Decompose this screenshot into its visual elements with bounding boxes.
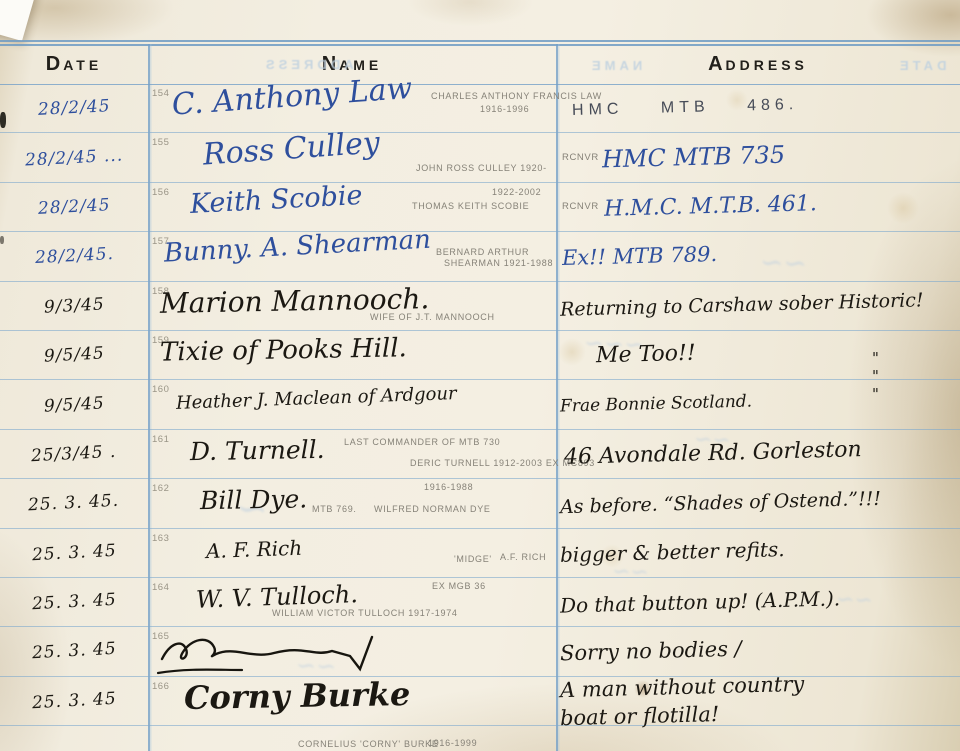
entry-date: 28/2/45 — [37, 195, 110, 219]
entry-name-cell: 162Bill Dye.1916-1988MTB 769.WILFRED NOR… — [148, 479, 556, 527]
entry-address-line: Returning to Carshaw sober Historic! — [560, 288, 924, 323]
entry-address-line: H.M.C. M.T.B. 461. — [604, 189, 818, 224]
entry-number: 161 — [152, 434, 169, 445]
entry-address-cell: As before. “Shades of Ostend.”!!! — [556, 479, 960, 527]
guestbook-row: 9/5/45159Tixie of Pooks Hill.Me Too!!" "… — [0, 331, 960, 380]
entry-name-cell: 160Heather J. Maclean of Ardgour — [148, 380, 556, 428]
header-label-address: Address — [708, 53, 808, 76]
pencil-annotation: EX MGB 36 — [432, 581, 486, 591]
pencil-annotation: THOMAS KEITH SCOBIE — [412, 201, 529, 211]
entry-address-line: boat or flotilla! — [560, 698, 805, 733]
entry-address-line: As before. “Shades of Ostend.”!!! — [560, 486, 882, 520]
entry-address: HMC MTB 486. — [572, 97, 798, 119]
entry-signature: D. Turnell. — [190, 435, 325, 466]
entry-date-cell: 9/5/45 — [0, 331, 148, 379]
entry-number: 163 — [152, 533, 169, 544]
entry-address-line: Me Too!! — [596, 339, 696, 371]
pencil-annotation: SHEARMAN 1921-1988 — [444, 258, 553, 268]
pencil-annotation: 'MIDGE' — [454, 554, 492, 564]
entry-date-cell: 25. 3. 45 — [0, 529, 148, 577]
entry-address: Returning to Carshaw sober Historic! — [560, 293, 924, 319]
ditto-marks: " " " — [872, 349, 960, 403]
entry-date-cell: 28/2/45 — [0, 183, 148, 231]
pencil-annotation: RCNVR — [562, 152, 599, 163]
entry-name-cell: 154C. Anthony LawCHARLES ANTHONY FRANCIS… — [148, 84, 556, 132]
entry-address-line: Sorry no bodies / — [560, 635, 742, 668]
header-cell-date: Date — [0, 44, 148, 84]
entry-signature: Keith Scobie — [189, 180, 363, 220]
entry-signature: Corny Burke — [184, 675, 411, 717]
entry-address-cell: RCNVRHMC MTB 735 — [556, 133, 960, 181]
entry-date: 25. 3. 45. — [28, 491, 120, 516]
entry-date-cell: 25. 3. 45. — [0, 479, 148, 527]
entry-name-cell: 158Marion Mannooch.WIFE OF J.T. MANNOOCH — [148, 282, 556, 330]
entry-date-cell: 28/2/45. — [0, 232, 148, 280]
entry-signature-scrawl — [156, 629, 406, 680]
entry-date: 25. 3. 45 — [31, 541, 117, 565]
entry-name-cell: 155Ross CulleyJOHN ROSS CULLEY 1920- — [148, 133, 556, 181]
entry-address: Ex!! MTB 789. — [562, 242, 717, 270]
entry-date: 25/3/45 . — [31, 442, 117, 466]
entry-number: 166 — [152, 681, 169, 692]
entry-address-cell: RCNVRH.M.C. M.T.B. 461. — [556, 183, 960, 231]
entry-date-cell: 25. 3. 45 — [0, 677, 148, 725]
entry-address: H.M.C. M.T.B. 461. — [604, 192, 817, 222]
table-header: Date Name Address — [0, 44, 960, 85]
entry-name-cell: 163A. F. Rich'MIDGE'A.F. RICH — [148, 529, 556, 577]
guestbook-row: 25/3/45 .161D. Turnell.LAST COMMANDER OF… — [0, 430, 960, 479]
entry-address-line: Ex!! MTB 789. — [562, 240, 718, 272]
entry-address: As before. “Shades of Ostend.”!!! — [560, 491, 881, 517]
entry-address-cell: Ex!! MTB 789. — [556, 232, 960, 280]
entry-address-line: HMC MTB 486. — [572, 94, 799, 122]
pencil-annotation: WILFRED NORMAN DYE — [374, 504, 491, 514]
entry-address-line: Frae Bonnie Scotland. — [560, 391, 753, 419]
entry-address-line: bigger & better refits. — [560, 536, 785, 569]
entry-name-cell: 164W. V. Tulloch.EX MGB 36WILLIAM VICTOR… — [148, 578, 556, 626]
entry-number: 162 — [152, 483, 169, 494]
entry-address: 46 Avondale Rd. Gorleston — [564, 439, 862, 469]
entry-name-cell: 161D. Turnell.LAST COMMANDER OF MTB 730D… — [148, 430, 556, 478]
entry-date-cell: 25. 3. 45 — [0, 578, 148, 626]
entry-name-cell: 156Keith Scobie1922-2002THOMAS KEITH SCO… — [148, 183, 556, 231]
entry-address: Me Too!! — [596, 340, 696, 370]
guestbook-row: 25. 3. 45.162Bill Dye.1916-1988MTB 769.W… — [0, 479, 960, 528]
entry-signature: Tixie of Pooks Hill. — [160, 333, 407, 367]
entry-number: 160 — [152, 384, 169, 395]
pencil-annotation: BERNARD ARTHUR — [436, 247, 529, 257]
guestbook-row: 28/2/45 ...155Ross CulleyJOHN ROSS CULLE… — [0, 133, 960, 182]
guestbook-rows: 28/2/45154C. Anthony LawCHARLES ANTHONY … — [0, 84, 960, 726]
pencil-annotation: A.F. RICH — [500, 552, 546, 562]
pencil-annotation: 1916-1999 — [428, 738, 477, 748]
page-corner-highlight — [0, 0, 36, 41]
entry-address-line: Do that button up! (A.P.M.). — [560, 585, 841, 619]
pencil-annotation: 1916-1996 — [480, 104, 529, 114]
entry-date: 9/5/45 — [43, 393, 105, 416]
entry-date: 9/3/45 — [43, 294, 105, 317]
pencil-annotation: MTB 769. — [312, 504, 357, 514]
guestbook-page: Date Name Address Address Name Date 28/2… — [0, 0, 960, 751]
entry-number: 164 — [152, 582, 169, 593]
entry-address: Sorry no bodies / — [560, 637, 742, 665]
pencil-annotation: CORNELIUS 'CORNY' BURKE — [298, 739, 439, 749]
entry-number: 154 — [152, 88, 169, 99]
entry-signature: Marion Mannooch. — [160, 282, 430, 320]
entry-date: 25. 3. 45 — [31, 590, 117, 614]
guestbook-row: 25. 3. 45165Sorry no bodies / — [0, 627, 960, 676]
guestbook-row: 9/5/45160Heather J. Maclean of ArdgourFr… — [0, 380, 960, 429]
entry-name-cell: 166Corny BurkeCORNELIUS 'CORNY' BURKE191… — [148, 677, 556, 725]
pencil-annotation: 1916-1988 — [424, 482, 473, 492]
bleed-through-mark: ~~ — [759, 245, 807, 280]
entry-number: 155 — [152, 137, 169, 148]
guestbook-row: 25. 3. 45166Corny BurkeCORNELIUS 'CORNY'… — [0, 677, 960, 726]
entry-signature: W. V. Tulloch. — [196, 580, 359, 614]
entry-address-cell: HMC MTB 486. — [556, 84, 960, 132]
entry-date-cell: 28/2/45 ... — [0, 133, 148, 181]
bleedthrough-date-label: Date — [896, 58, 946, 73]
entry-address: HMC MTB 735 — [602, 141, 785, 173]
bleed-through-mark: ~~ — [836, 587, 874, 613]
entry-name-cell: 159Tixie of Pooks Hill. — [148, 331, 556, 379]
entry-date-cell: 28/2/45 — [0, 84, 148, 132]
entry-address-cell: Sorry no bodies / — [556, 627, 960, 675]
entry-number: 156 — [152, 187, 169, 198]
entry-address-line: HMC MTB 735 — [602, 139, 786, 176]
entry-date-cell: 25. 3. 45 — [0, 627, 148, 675]
entry-signature: Bunny. A. Shearman — [163, 225, 431, 269]
entry-name-cell: 157Bunny. A. ShearmanBERNARD ARTHURSHEAR… — [148, 232, 556, 280]
entry-date: 28/2/45 ... — [24, 145, 123, 170]
entry-date: 25. 3. 45 — [31, 689, 117, 713]
entry-address: Do that button up! (A.P.M.). — [560, 589, 840, 616]
guestbook-row: 25. 3. 45164W. V. Tulloch.EX MGB 36WILLI… — [0, 578, 960, 627]
entry-date: 28/2/45. — [34, 244, 114, 268]
entry-signature: Heather J. Maclean of Ardgour — [176, 383, 457, 414]
bleedthrough-address-label: Address — [262, 57, 354, 72]
entry-date-cell: 9/5/45 — [0, 380, 148, 428]
entry-address-cell: Do that button up! (A.P.M.). — [556, 578, 960, 626]
guestbook-row: 28/2/45154C. Anthony LawCHARLES ANTHONY … — [0, 84, 960, 133]
entry-address-cell: Returning to Carshaw sober Historic! — [556, 282, 960, 330]
entry-date: 9/5/45 — [43, 344, 105, 367]
entry-address-cell: A man without countryboat or flotilla! — [556, 677, 960, 725]
entry-address: bigger & better refits. — [560, 539, 785, 566]
entry-address-line: 46 Avondale Rd. Gorleston — [564, 435, 862, 472]
guestbook-row: 28/2/45.157Bunny. A. ShearmanBERNARD ART… — [0, 232, 960, 281]
pencil-annotation: LAST COMMANDER OF MTB 730 — [344, 437, 500, 447]
entry-date: 28/2/45 — [37, 96, 110, 120]
entry-signature: Bill Dye. — [200, 485, 308, 516]
guestbook-row: 28/2/45156Keith Scobie1922-2002THOMAS KE… — [0, 183, 960, 232]
entry-address-cell: 46 Avondale Rd. Gorleston — [556, 430, 960, 478]
header-label-date: Date — [46, 53, 102, 76]
pencil-annotation: 1922-2002 — [492, 187, 541, 197]
ruled-line-top — [0, 40, 960, 42]
entry-date-cell: 9/3/45 — [0, 282, 148, 330]
entry-address: Frae Bonnie Scotland. — [560, 393, 752, 416]
entry-address: A man without countryboat or flotilla! — [560, 673, 804, 730]
entry-date: 25. 3. 45 — [31, 639, 117, 663]
guestbook-row: 9/3/45158Marion Mannooch.WIFE OF J.T. MA… — [0, 282, 960, 331]
pencil-annotation: JOHN ROSS CULLEY 1920- — [416, 163, 547, 173]
entry-name-cell: 165 — [148, 627, 556, 675]
guestbook-row: 25. 3. 45163A. F. Rich'MIDGE'A.F. RICHbi… — [0, 529, 960, 578]
entry-signature: A. F. Rich — [206, 535, 303, 562]
bleedthrough-name-label: Name — [588, 58, 642, 73]
entry-date-cell: 25/3/45 . — [0, 430, 148, 478]
pencil-annotation: RCNVR — [562, 201, 599, 212]
